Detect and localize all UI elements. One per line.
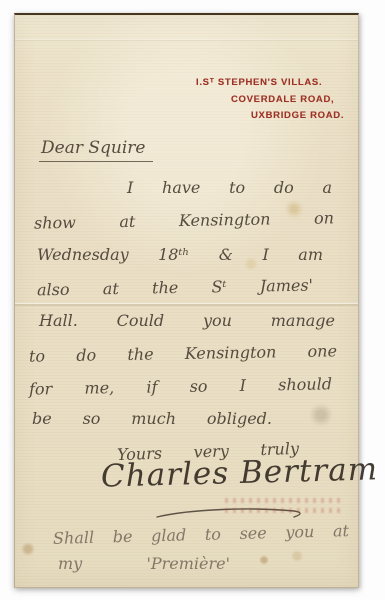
red-ink-bleedthrough-mark [225, 498, 341, 522]
body-line: I have to do a [127, 179, 332, 197]
body-line: for me, if so I should [29, 375, 332, 398]
postscript-line: my 'Première' [58, 555, 230, 573]
fold-crease [15, 303, 358, 306]
body-line: Wednesday 18ᵗʰ & I am [37, 246, 323, 264]
body-line: to do the Kensington one [29, 342, 337, 365]
letterhead-address-line: COVERDALE ROAD, [231, 94, 334, 105]
letter-paper: I.Sᵀ STEPHEN'S VILLAS. COVERDALE ROAD, U… [14, 13, 359, 588]
body-line: Hall. Could you manage [39, 312, 335, 330]
postscript-line: Shall be glad to see you at [53, 522, 349, 547]
letterhead-address-line: I.Sᵀ STEPHEN'S VILLAS. [196, 77, 322, 88]
salutation: Dear Squire [39, 138, 153, 162]
body-line: also at the Sᵗ James' [37, 277, 313, 299]
fold-crease [15, 39, 358, 41]
body-line: show at Kensington on [34, 209, 334, 232]
body-line: be so much obliged. [32, 410, 272, 428]
letter-photograph: I.Sᵀ STEPHEN'S VILLAS. COVERDALE ROAD, U… [0, 0, 385, 600]
signature: Charles Bertram [101, 451, 379, 494]
letterhead-address-line: UXBRIDGE ROAD. [251, 110, 344, 121]
